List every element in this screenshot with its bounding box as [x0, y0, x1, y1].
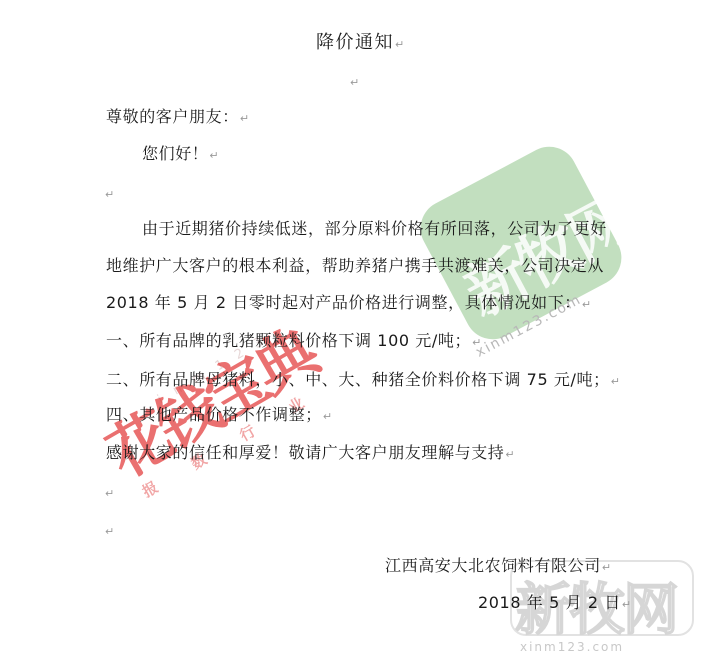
closing: 感谢大家的信任和厚爱！敬请广大客户朋友理解与支持	[106, 443, 504, 462]
signature-date: 2018 年 5 月 2 日	[478, 593, 621, 612]
list-item-text: 二、所有品牌母猪料，小、中、大、种猪全价料价格下调 75 元/吨；	[106, 370, 610, 389]
grey-watermark-url: xinm123.com	[520, 640, 624, 654]
paragraph-mark-icon: ↵	[582, 298, 592, 311]
list-item: 一、所有品牌的乳猪颗粒料价格下调 100 元/吨；↵	[106, 331, 482, 353]
list-item: 四、其他产品价格不作调整；↵	[106, 405, 333, 427]
body-line-3: 2018 年 5 月 2 日零时起对产品价格进行调整，具体情况如下：	[106, 293, 581, 312]
signature-date-line: 2018 年 5 月 2 日↵	[478, 593, 632, 615]
body-line-3-wrap: 2018 年 5 月 2 日零时起对产品价格进行调整，具体情况如下：↵	[106, 293, 592, 315]
greeting: 您们好！	[142, 144, 208, 163]
list-item-text: 四、其他产品价格不作调整；	[106, 405, 322, 424]
empty-paragraph: ↵	[104, 183, 115, 205]
paragraph-mark-icon: ↵	[105, 188, 115, 201]
list-item: 二、所有品牌母猪料，小、中、大、种猪全价料价格下调 75 元/吨；↵	[106, 370, 621, 392]
paragraph-mark-icon: ↵	[323, 410, 333, 423]
empty-paragraph: ↵	[349, 71, 360, 93]
paragraph-mark-icon: ↵	[505, 448, 515, 461]
document-title-line: 降价通知↵	[316, 33, 406, 55]
signature-company: 江西高安大北农饲料有限公司	[385, 556, 601, 575]
body-line-1: 由于近期猪价持续低迷，部分原料价格有所回落，公司为了更好	[142, 219, 607, 239]
paragraph-mark-icon: ↵	[350, 76, 360, 89]
paragraph-mark-icon: ↵	[105, 487, 115, 500]
paragraph-mark-icon: ↵	[611, 375, 621, 388]
body-line-2: 地维护广大客户的根本利益，帮助养猪户携手共渡难关，公司决定从	[106, 256, 604, 276]
empty-paragraph: ↵	[104, 482, 115, 504]
paragraph-mark-icon: ↵	[602, 561, 612, 574]
document-page: 新牧网 xinm123.com inm123 花钱宝典 报 数 行 业 新牧网 …	[0, 0, 707, 664]
greeting-line: 您们好！↵	[142, 144, 219, 166]
signature-company-line: 江西高安大北农饲料有限公司↵	[385, 556, 612, 578]
list-item-text: 一、所有品牌的乳猪颗粒料价格下调 100 元/吨；	[106, 331, 471, 350]
paragraph-mark-icon: ↵	[472, 336, 482, 349]
document-title: 降价通知	[316, 32, 394, 53]
paragraph-mark-icon: ↵	[240, 112, 250, 125]
paragraph-mark-icon: ↵	[209, 149, 219, 162]
salutation-line: 尊敬的客户朋友：↵	[106, 107, 250, 129]
paragraph-mark-icon: ↵	[622, 598, 632, 611]
closing-line: 感谢大家的信任和厚爱！敬请广大客户朋友理解与支持↵	[106, 443, 515, 465]
salutation: 尊敬的客户朋友：	[106, 107, 239, 126]
empty-paragraph: ↵	[104, 520, 115, 542]
paragraph-mark-icon: ↵	[105, 525, 115, 538]
paragraph-mark-icon: ↵	[395, 38, 406, 51]
